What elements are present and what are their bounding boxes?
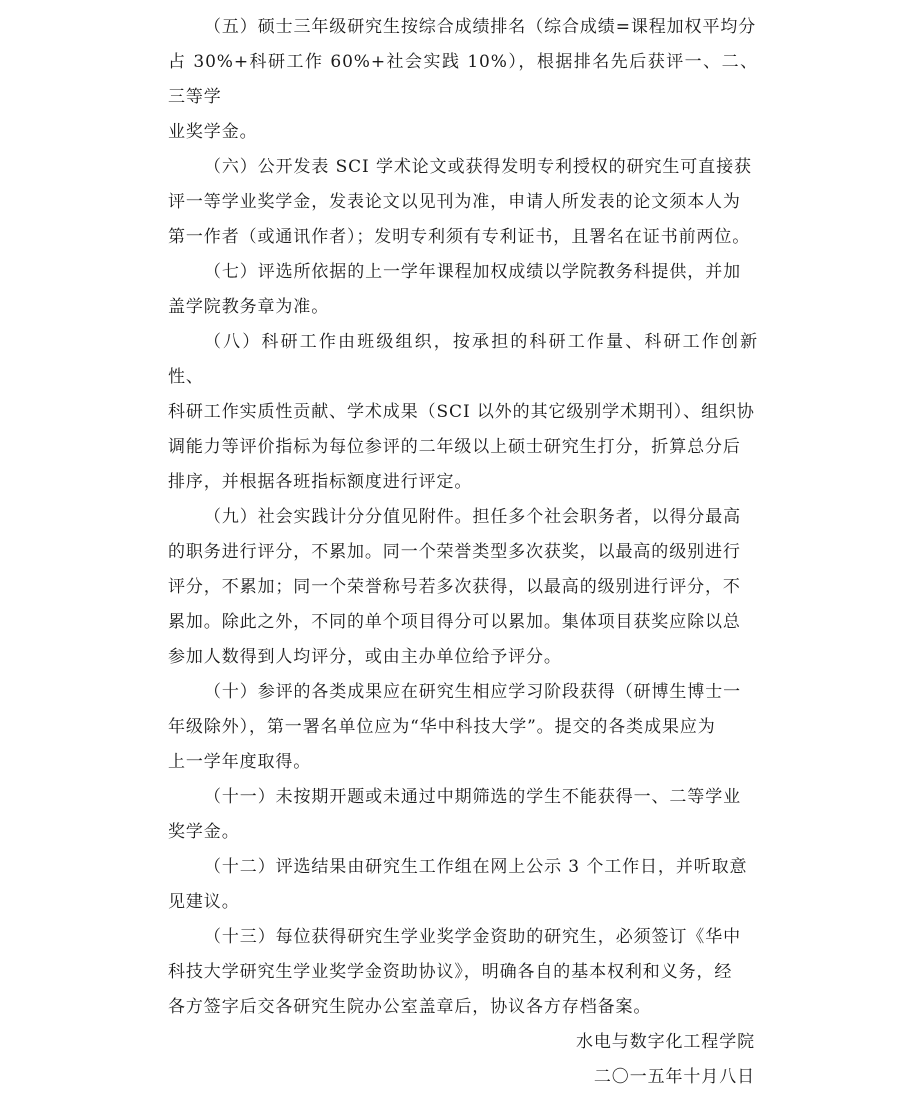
paragraph-line: 科研工作实质性贡献、学术成果（SCI 以外的其它级别学术期刊）、组织协 — [168, 395, 758, 430]
paragraph-line: （六）公开发表 SCI 学术论文或获得发明专利授权的研究生可直接获 — [168, 150, 758, 185]
signature-date: 二〇一五年十月八日 — [594, 1062, 755, 1087]
paragraph-11: （十一）未按期开题或未通过中期筛选的学生不能获得一、二等学业 奖学金。 — [168, 780, 758, 850]
paragraph-line: 评分，不累加；同一个荣誉称号若多次获得，以最高的级别进行评分，不 — [168, 570, 758, 605]
paragraph-9: （九）社会实践计分分值见附件。担任多个社会职务者，以得分最高 的职务进行评分，不… — [168, 500, 758, 675]
paragraph-line: （十二）评选结果由研究生工作组在网上公示 3 个工作日，并听取意 — [168, 850, 758, 885]
paragraph-line: （七）评选所依据的上一学年课程加权成绩以学院教务科提供，并加 — [168, 255, 758, 290]
paragraph-7: （七）评选所依据的上一学年课程加权成绩以学院教务科提供，并加 盖学院教务章为准。 — [168, 255, 758, 325]
paragraph-line: 盖学院教务章为准。 — [168, 290, 758, 325]
paragraph-line: 参加人数得到人均评分，或由主办单位给予评分。 — [168, 640, 758, 675]
paragraph-line: 第一作者（或通讯作者）；发明专利须有专利证书，且署名在证书前两位。 — [168, 220, 758, 255]
paragraph-line: （八）科研工作由班级组织，按承担的科研工作量、科研工作创新性、 — [168, 325, 758, 395]
paragraph-line: 调能力等评价指标为每位参评的二年级以上硕士研究生打分，折算总分后 — [168, 430, 758, 465]
paragraph-line: 奖学金。 — [168, 815, 758, 850]
paragraph-line: （五）硕士三年级研究生按综合成绩排名（综合成绩=课程加权平均分 — [168, 10, 758, 45]
paragraph-line: 占 30%+科研工作 60%+社会实践 10%），根据排名先后获评一、二、三等学 — [168, 45, 758, 115]
paragraph-line: 业奖学金。 — [168, 115, 758, 150]
paragraph-line: （十）参评的各类成果应在研究生相应学习阶段获得（研博生博士一 — [168, 675, 758, 710]
paragraph-line: 见建议。 — [168, 885, 758, 920]
paragraph-line: 上一学年度取得。 — [168, 745, 758, 780]
paragraph-12: （十二）评选结果由研究生工作组在网上公示 3 个工作日，并听取意 见建议。 — [168, 850, 758, 920]
paragraph-5: （五）硕士三年级研究生按综合成绩排名（综合成绩=课程加权平均分 占 30%+科研… — [168, 10, 758, 150]
paragraph-8: （八）科研工作由班级组织，按承担的科研工作量、科研工作创新性、 科研工作实质性贡… — [168, 325, 758, 500]
paragraph-line: 年级除外），第一署名单位应为“华中科技大学”。提交的各类成果应为 — [168, 710, 758, 745]
paragraph-line: （十一）未按期开题或未通过中期筛选的学生不能获得一、二等学业 — [168, 780, 758, 815]
paragraph-line: 科技大学研究生学业奖学金资助协议》，明确各自的基本权利和义务，经 — [168, 955, 758, 990]
paragraph-line: 评一等学业奖学金，发表论文以见刊为准，申请人所发表的论文须本人为 — [168, 185, 758, 220]
document-body: （五）硕士三年级研究生按综合成绩排名（综合成绩=课程加权平均分 占 30%+科研… — [168, 10, 758, 1025]
paragraph-line: 排序，并根据各班指标额度进行评定。 — [168, 465, 758, 500]
signature-organization: 水电与数字化工程学院 — [576, 1027, 755, 1052]
paragraph-line: （九）社会实践计分分值见附件。担任多个社会职务者，以得分最高 — [168, 500, 758, 535]
paragraph-line: 各方签字后交各研究生院办公室盖章后，协议各方存档备案。 — [168, 990, 758, 1025]
paragraph-10: （十）参评的各类成果应在研究生相应学习阶段获得（研博生博士一 年级除外），第一署… — [168, 675, 758, 780]
paragraph-line: （十三）每位获得研究生学业奖学金资助的研究生，必须签订《华中 — [168, 920, 758, 955]
paragraph-line: 的职务进行评分，不累加。同一个荣誉类型多次获奖，以最高的级别进行 — [168, 535, 758, 570]
paragraph-6: （六）公开发表 SCI 学术论文或获得发明专利授权的研究生可直接获 评一等学业奖… — [168, 150, 758, 255]
paragraph-line: 累加。除此之外，不同的单个项目得分可以累加。集体项目获奖应除以总 — [168, 605, 758, 640]
paragraph-13: （十三）每位获得研究生学业奖学金资助的研究生，必须签订《华中 科技大学研究生学业… — [168, 920, 758, 1025]
